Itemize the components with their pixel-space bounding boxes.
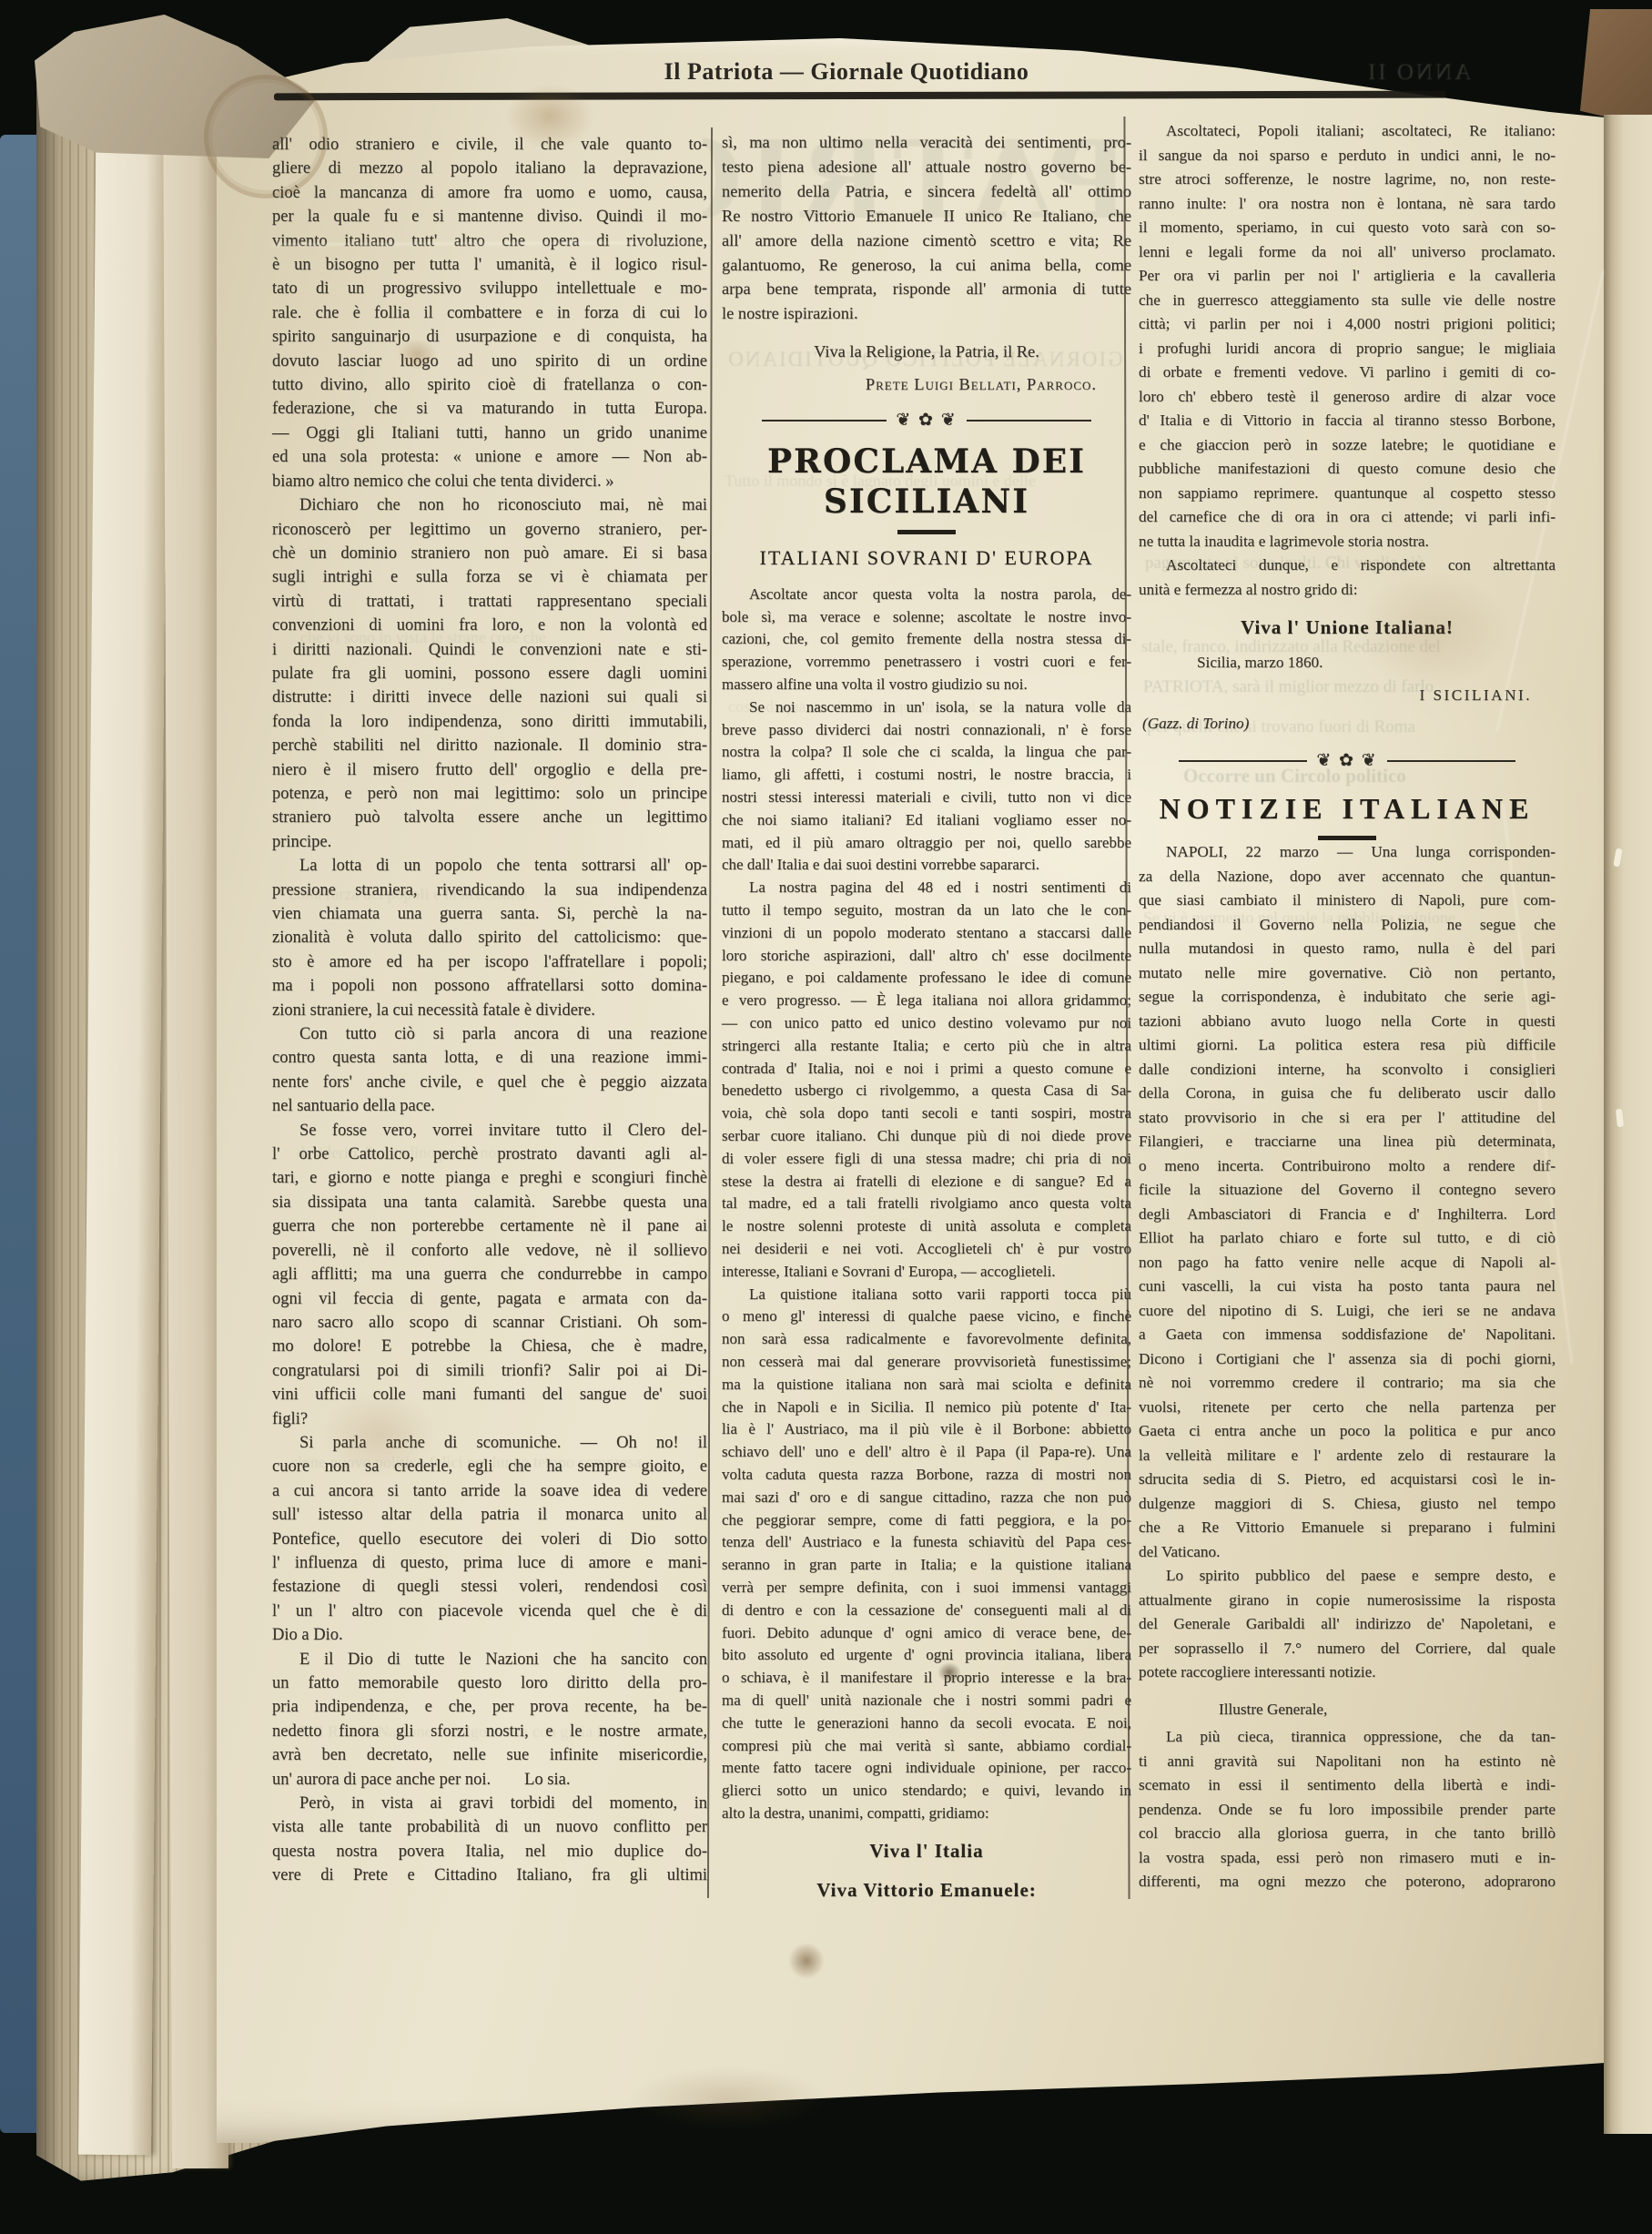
adjacent-cover-corner	[1580, 9, 1652, 127]
text-line: Sicilia, marzo 1860.	[1139, 651, 1556, 675]
text-line: sull' istesso altar della patria il mona…	[272, 1503, 707, 1527]
text-line: schiavo dell' uno e dell' altro è il Pap…	[722, 1441, 1131, 1464]
text-line: Re nostro Vittorio Emanuele II unico Re …	[722, 204, 1131, 228]
text-line: mutato nelle mire governative. Ciò non p…	[1139, 961, 1556, 986]
text-line: Viva l' Unione Italiana!	[1139, 614, 1556, 641]
text-line: niero è il misero frutto dell' orgoglio …	[272, 758, 707, 782]
text-line: il sangue da noi sparso e perduto in und…	[1139, 144, 1556, 168]
ornament-divider: ❦ ✿ ❦	[762, 410, 1091, 432]
text-line: i profughi luridi ancora di proprio sang…	[1139, 337, 1556, 361]
text-line: piegano, e poi caldamente professano le …	[722, 967, 1131, 990]
running-header: Il Patriota — Giornale Quotidiano	[510, 58, 1183, 86]
text-line: massero alfine una volta il vostro giudi…	[722, 674, 1131, 696]
text-line: que siasi cambiato il ministero di Napol…	[1139, 889, 1556, 913]
text-line: serbar cuore italiano. Chi dunque più di…	[722, 1125, 1131, 1148]
text-line: nedetto finora gli sforzi nostri, e le n…	[272, 1720, 707, 1743]
text-line: alto la destra, unanimi, compatti, gridi…	[722, 1802, 1131, 1825]
text-line: za della Nazione, dopo aver accennato ch…	[1139, 865, 1556, 889]
text-line: bito assoluto ed urgente d' ogni provinc…	[722, 1644, 1131, 1667]
text-line: la velleità militare e l' ardente zelo d…	[1139, 1444, 1556, 1468]
text-line: stato provvisorio in che si era per l' a…	[1139, 1106, 1556, 1131]
text-line: ultimi giorni. La politica estera resa p…	[1139, 1033, 1556, 1058]
text-line: le nostre ispirazioni.	[722, 301, 1131, 326]
text-line: riconoscerò per legittimo un governo str…	[272, 518, 707, 542]
text-line: mati, ed il più amaro oltraggio per noi,…	[722, 832, 1131, 855]
text-line: nè noi vorremmo credere il contrario; ma…	[1139, 1371, 1556, 1396]
text-line: attualmente girano in copie numerosissim…	[1139, 1589, 1556, 1613]
text-line: pressione straniera, rivendicando la sua…	[272, 878, 707, 902]
text-line: stringerci alla restante Italia; e certo…	[722, 1035, 1131, 1058]
text-line: del Generale Garibaldi all' indirizzo de…	[1139, 1612, 1556, 1637]
text-line: vere di Prete e Cittadino Italiano, fra …	[272, 1863, 707, 1887]
text-line: ne tutta la inaudita e lagrimevole stori…	[1139, 530, 1556, 554]
text-line: lenni e legali forme da noi all' univers…	[1139, 240, 1556, 265]
text-line: vinzioni di un popolo moderato stentano …	[722, 922, 1131, 945]
text-line: dalle condizioni interne, ha sconvolto i…	[1139, 1058, 1556, 1082]
text-line: per la quale fu e si mantenne diviso. Qu…	[272, 205, 707, 228]
text-line: d' Italia e di Vittorio in faccia al tir…	[1139, 409, 1556, 433]
text-line: ti anni gravità sui Napolitani non ha es…	[1139, 1750, 1556, 1774]
text-line: ranno inulte: l' ora nostra non è lontan…	[1139, 192, 1556, 217]
text-line: tato di un progressivo sviluppo intellet…	[272, 277, 707, 300]
text-line: sto è amore ed ha per iscopo l'affratell…	[272, 950, 707, 974]
text-line: poverelli, nè il conforto alle vedove, n…	[272, 1239, 707, 1263]
text-line: liamo, gli affetti, i costumi nostri, le…	[722, 764, 1131, 787]
book-scan: PATRIOTA GIORNALE POLITICO QUOTIDIANO AN…	[0, 0, 1652, 2234]
text-line: che in guerresco atteggiamento sta sulle…	[1139, 289, 1556, 313]
text-line: vista alle tante probabilità di un nuovo…	[272, 1815, 707, 1839]
text-line: sugli intrighi e sulla forza se vi è chi…	[272, 565, 707, 589]
text-line: contrada d' Italia, noi e noi i primi a …	[722, 1058, 1131, 1081]
text-line: Viva Vittorio Emanuele:	[722, 1876, 1131, 1904]
text-line: un' aurora di pace anche per noi. Lo sia…	[272, 1768, 707, 1792]
text-line: di dentro e con la cessazione de' conseg…	[722, 1599, 1131, 1622]
text-line: le nostre solenni proteste di unità asso…	[722, 1215, 1131, 1238]
column-left: all' odio straniero e civile, il che val…	[272, 133, 707, 1888]
text-line: Però, in vista ai gravi torbidi del mome…	[272, 1792, 707, 1815]
text-line: Se fosse vero, vorrei invitare tutto il …	[272, 1119, 707, 1142]
text-line: testo piena adesione all' attuale nostro…	[722, 155, 1131, 179]
text-line: cuni vascelli, la cui vista ha posto tan…	[1139, 1274, 1556, 1299]
text-line: vien chiamata una guerra santa. Si, perc…	[272, 902, 707, 926]
text-line: virtù di trattati, i trattati rappresent…	[272, 590, 707, 614]
text-line: tari, e giorno e notte pianga e preghi e…	[272, 1166, 707, 1190]
text-line: E il Dio di tutte le Nazioni che ha sanc…	[272, 1648, 707, 1671]
section-heading: NOTIZIE ITALIANE	[1139, 789, 1556, 828]
text-line: seranno in gran parte in Italia; e la qu…	[722, 1554, 1131, 1577]
text-line: Elliot ha parlato chiaro e forte sul tut…	[1139, 1226, 1556, 1251]
text-line: naro sacro allo scopo di scannar Cristia…	[272, 1311, 707, 1335]
text-line: La quistione italiana sotto varii rappor…	[722, 1284, 1131, 1306]
text-line: l' un l' altro con piacevole vicenda que…	[272, 1599, 707, 1623]
text-line: della Corona, in guisa che fu deliberato…	[1139, 1081, 1556, 1106]
text-line: è un bisogno per tutta l' umanità, è il …	[272, 253, 707, 277]
text-line: — Oggi gli Italiani tutti, hanno un grid…	[272, 421, 707, 445]
text-line: ma di quell' unità nazionale che i nostr…	[722, 1690, 1131, 1712]
text-line: all' amore della nazione cimentò scettro…	[722, 228, 1131, 253]
text-line: Gaeta ci entra anche un poco la politica…	[1139, 1419, 1556, 1444]
text-line: nei desiderii e nei voti. Accoglieteli c…	[722, 1238, 1131, 1261]
text-line: Lo spirito pubblico del paese e sempre d…	[1139, 1564, 1556, 1589]
text-line: avrà ben decretato, nelle sue infinite m…	[272, 1743, 707, 1767]
text-line: Dichiaro che non ho riconosciuto mai, nè…	[272, 493, 707, 517]
text-line: o schiava, è il manifestare il proprio i…	[722, 1667, 1131, 1690]
section-heading: ITALIANI SOVRANI D' EUROPA	[722, 544, 1131, 572]
text-line: per soprassello il 7.° numero del Corrie…	[1139, 1637, 1556, 1661]
text-line: arpa bene temprata, risponde all' armoni…	[722, 277, 1131, 301]
text-line: sia dissipata una tanta calamità. Sarebb…	[272, 1191, 707, 1214]
text-line: zionalità è voluta dallo spirito del cat…	[272, 926, 707, 949]
text-line: non pago ha fatto venire nelle acque di …	[1139, 1251, 1556, 1275]
text-line: fuori. Debito adunque d' ogni amico di v…	[722, 1622, 1131, 1645]
text-line: biamo altro nemico che colui che tenta d…	[272, 470, 707, 493]
text-line: La lotta di un popolo che tenta sottrars…	[272, 854, 707, 878]
text-line: la vostra spada, essi però non rimasero …	[1139, 1846, 1556, 1871]
text-line: Per ora vi parlin per noi l' artiglieria…	[1139, 264, 1556, 289]
bleedthrough-anno: ANNO II	[1365, 60, 1471, 86]
text-line: gliere di mezzo al popolo italiano la de…	[272, 157, 707, 180]
text-line: nemerito della Patria, e sincera fedeltà…	[722, 179, 1131, 204]
text-line: perchè stabiliti nel diritto nazionale. …	[272, 734, 707, 757]
text-line: La nostra pagina del 48 ed i nostri sent…	[722, 877, 1131, 899]
text-line: Viva l' Italia	[722, 1837, 1131, 1864]
text-line: mente fatto tacere ogni individuale opin…	[722, 1757, 1131, 1780]
text-line: loro ch' ebbero testè il generoso ardire…	[1139, 385, 1556, 410]
text-line: mai sazi d' oro e di sangue cittadino, r…	[722, 1487, 1131, 1509]
text-line: che a Re Vittorio Emanuele si preparano …	[1139, 1516, 1556, 1540]
text-line: contro questa santa lotta, e di una reaz…	[272, 1046, 707, 1070]
text-line: tutto il tempo seguito, mostran da un la…	[722, 899, 1131, 922]
text-line: fonda la loro indipendenza, sono diritti…	[272, 710, 707, 734]
text-line: sperazione, vorremmo penetrassero i vost…	[722, 651, 1131, 674]
text-line: stese la destra ai fratelli di elezione …	[722, 1171, 1131, 1193]
text-line: potenza, e però non mai legittimo: solo …	[272, 782, 707, 806]
text-line: di voler essere figli di una stessa madr…	[722, 1148, 1131, 1171]
text-line: differenti, ma ogni mezzo che poterono, …	[1139, 1870, 1556, 1894]
text-line: scemato in essi il sentimento della libe…	[1139, 1773, 1556, 1798]
text-line: Illustre Generale,	[1139, 1698, 1556, 1722]
text-line: Ascoltateci, Popoli italiani; ascoltatec…	[1139, 119, 1556, 144]
text-line: questa nostra povera Italia, nel mio dup…	[272, 1840, 707, 1863]
text-line: stre atroci sofferenze, le nostre lagrim…	[1139, 168, 1556, 192]
text-line: interesse, Italiani e Sovrani d' Europa,…	[722, 1261, 1131, 1284]
text-line: dulgenze maggiori di S. Chiesa, giusto n…	[1139, 1492, 1556, 1517]
text-line: vimento italiano tutt' altro che opera d…	[272, 229, 707, 253]
text-line: di orbate e frementi vedove. Vi parlino …	[1139, 360, 1556, 385]
text-line: compresi più che mai verità sì sante, ab…	[722, 1735, 1131, 1758]
text-line: l' orbe Cattolico, perchè prostrato dava…	[272, 1142, 707, 1166]
text-line: del carnefice che di ora in ora ci atten…	[1139, 505, 1556, 530]
text-line: convenzioni di uomini fra loro, e non la…	[272, 614, 707, 637]
text-line: segue la corrispondenza, è indubitato ch…	[1139, 985, 1556, 1010]
text-line: congratularsi poi di simili trionfi? Sal…	[272, 1359, 707, 1383]
text-line: degli Ambasciatori di Francia e d' Inghi…	[1139, 1203, 1556, 1227]
text-line: (Gazz. di Torino)	[1139, 712, 1556, 736]
section-heading: PROCLAMA DEI SICILIANI	[722, 442, 1131, 522]
text-line: non sappiamo reprimere. quantunque al co…	[1139, 482, 1556, 506]
text-line: bole sì, ma verace e solenne; ascoltate …	[722, 606, 1131, 629]
text-line: chè un dominio straniero non può amare. …	[272, 542, 707, 565]
text-line: ficile la situazione del Governo il cont…	[1139, 1178, 1556, 1203]
text-line: dovuto lasciar luogo ad uno spirito di u…	[272, 350, 707, 373]
text-line: ogni vil feccia di gente, pagata e armat…	[272, 1287, 707, 1311]
text-line: zioni straniere, la cui necessità fatale…	[272, 999, 707, 1022]
text-line: Prete Luigi Bellati, Parroco.	[722, 372, 1131, 397]
text-line: e che giaccion però in sozze latebre; le…	[1139, 433, 1556, 458]
text-line: nulla mutandosi in questo ramo, nulla è …	[1139, 937, 1556, 961]
text-line: Dicono i Cortigiani che l' assenza sia d…	[1139, 1347, 1556, 1372]
text-line: a cui ancora si tanto arride la soave id…	[272, 1479, 707, 1503]
text-line: tutto divino, allo spirito cioè di frate…	[272, 373, 707, 397]
text-line: agli afflitti; ma una guerra che condurr…	[272, 1263, 707, 1286]
text-line: pria indipendenza, e che, per prova rece…	[272, 1695, 707, 1719]
book-gutter	[1604, 115, 1652, 2134]
text-line: che in Napoli e in Sicilia. Il nemico pi…	[722, 1396, 1131, 1419]
text-line: tazioni abbiano avuto luogo nella Corte …	[1139, 1010, 1556, 1034]
text-line: federazione, che si va maturando in tutt…	[272, 397, 707, 421]
text-line: rale. che è follia il combattere e in fo…	[272, 301, 707, 325]
text-line: spirito sanguinarjo di usurpazione e di …	[272, 325, 707, 349]
text-line: potete raccogliere interessanti notizie.	[1139, 1660, 1556, 1685]
text-line: pendenza. Onde se fu loro impossibile pr…	[1139, 1798, 1556, 1823]
text-line: voia, chè sola dopo tanti secoli e tanti…	[722, 1102, 1131, 1125]
text-line: che tutte le generazioni hanno da secoli…	[722, 1712, 1131, 1735]
text-line: tenza dell' Austriaco e la funesta schia…	[722, 1531, 1131, 1554]
text-line: l' influenza di questo, prima luce di am…	[272, 1551, 707, 1575]
text-line: volta caduta questa razza Borbone, razza…	[722, 1464, 1131, 1487]
text-line: tal madre, ed a tali fratelli rivolgiamo…	[722, 1193, 1131, 1215]
text-line: nente fors' anche civile, e quel che è p…	[272, 1071, 707, 1094]
text-line: col braccio alla gloriosa guerra, in che…	[1139, 1822, 1556, 1846]
text-line: pulate fra gli uomini, possono essere da…	[272, 662, 707, 685]
text-line: Filangieri, e tracciarne una linea più d…	[1139, 1130, 1556, 1154]
text-line: unità e fermezza al nostro grido di:	[1139, 578, 1556, 603]
text-line: galantuomo, Re generoso, la cui anima be…	[722, 253, 1131, 278]
text-line: o meno gl' interessi di qualche paese vi…	[722, 1305, 1131, 1328]
text-line: sdrucita sedia di S. Pietro, ed acquista…	[1139, 1467, 1556, 1492]
text-line: che dall' Italia e dai suoi destini vorr…	[722, 854, 1131, 877]
text-line: straniero può talvolta essere anche un l…	[272, 806, 707, 829]
text-line: figli?	[272, 1407, 707, 1431]
text-line: ed una sola protesta: « unione e amore —…	[272, 445, 707, 469]
text-line: — con unico patto ed unico destino volev…	[722, 1012, 1131, 1035]
text-line: cuore non sa crederle, egli che ha sempr…	[272, 1455, 707, 1478]
text-line: loro storiche aspirazioni, dall' altro c…	[722, 945, 1131, 968]
text-line: benedetto usbergo ci rivolgemmo, a quest…	[722, 1080, 1131, 1102]
text-line: Pontefice, quello esecutore dei voleri d…	[272, 1528, 707, 1551]
text-line: festazione di quegli stessi voleri, rend…	[272, 1575, 707, 1599]
text-line: verrà per sempre definita, con i suoi im…	[722, 1577, 1131, 1599]
text-line: pendiandosi il Governo nella Polizia, ne…	[1139, 913, 1556, 938]
text-line: Ascoltate ancor questa volta la nostra p…	[722, 584, 1131, 606]
text-line: il momento, speriamo, in cui questo voto…	[1139, 216, 1556, 240]
text-line: e vero progresso. — È lega italiana noi …	[722, 990, 1131, 1012]
text-line: guerra che non porterebbe certamente nè …	[272, 1214, 707, 1238]
text-line: nostra la colpa? Il sole che ci scalda, …	[722, 741, 1131, 764]
text-line: i diritti nazionali. Quindi le convenzio…	[272, 638, 707, 662]
text-line: cazioni, che, col gemito fremente della …	[722, 628, 1131, 651]
text-line: ma la quistione italiana non sarà mai sc…	[722, 1374, 1131, 1396]
text-line: che peggiorar sempre, come di fatti pegg…	[722, 1509, 1131, 1532]
text-line: sì, ma non ultimo nella veracità dei sen…	[722, 130, 1131, 155]
text-line: pubbliche manifestazioni di questo comun…	[1139, 457, 1556, 482]
text-line: La più cieca, tirannica oppressione, che…	[1139, 1725, 1556, 1750]
text-line: principe.	[272, 830, 707, 854]
text-line: che noi siamo italiani? Ed italiani vogl…	[722, 809, 1131, 832]
text-line: Con tutto ciò si parla ancora di una rea…	[272, 1022, 707, 1046]
column-middle: sì, ma non ultimo nella veracità dei sen…	[722, 130, 1131, 1904]
text-line: un fatto memorabile questo loro diritto …	[272, 1671, 707, 1695]
text-line: glierci sotto un unico stendardo; e quiv…	[722, 1780, 1131, 1802]
text-line: cuore del nipotino di S. Luigi, che ieri…	[1139, 1299, 1556, 1324]
text-line: vuolsi, ritenete per certo che nella par…	[1139, 1396, 1556, 1420]
text-line: non sarà essa radicalmente e favorevolme…	[722, 1328, 1131, 1351]
text-line: nostri stessi interessi materiali e civi…	[722, 787, 1131, 809]
text-line: non cesserà mai dal generare provvisorie…	[722, 1351, 1131, 1374]
text-line: breve passo dividerci dai nostri connazi…	[722, 719, 1131, 742]
text-line: Si parla anche di scomuniche. — Oh no! i…	[272, 1431, 707, 1455]
text-line: I SICILIANI.	[1139, 684, 1556, 708]
ornament-divider: ❦ ✿ ❦	[1179, 749, 1515, 774]
text-line: o meno incerta. Contribuirono molto a re…	[1139, 1154, 1556, 1179]
text-line: ma i popoli non possono affratellarsi so…	[272, 974, 707, 998]
text-line: nel santuario della pace.	[272, 1094, 707, 1118]
column-right: Ascoltateci, Popoli italiani; ascoltatec…	[1139, 119, 1556, 1894]
short-rule	[897, 530, 956, 534]
text-line: Se noi nascemmo in un' isola, se la natu…	[722, 696, 1131, 719]
text-line: all' odio straniero e civile, il che val…	[272, 133, 707, 157]
text-line: distrutte: i diritti invece delle nazion…	[272, 685, 707, 709]
text-line: Viva la Religione, la Patria, il Re.	[722, 340, 1131, 364]
text-line: a Gaeta con immensa soddisfazione de' Na…	[1139, 1323, 1556, 1347]
text-line: lia è l' Austriaco, ma il più vile è il …	[722, 1418, 1131, 1441]
text-line: città; vi parlin per noi i 4,000 nostri …	[1139, 312, 1556, 337]
text-line: Dio a Dio.	[272, 1623, 707, 1647]
text-line: Ascoltateci dunque, e rispondete con alt…	[1139, 553, 1556, 578]
text-line: del Vaticano.	[1139, 1540, 1556, 1565]
text-line: vini ufficii colle mani fumanti del sang…	[272, 1383, 707, 1406]
text-line: NAPOLI, 22 marzo — Una lunga corrisponde…	[1139, 840, 1556, 865]
text-line: mo dolore! E potrebbe la Chiesa, che è m…	[272, 1335, 707, 1358]
text-line: cioè la mancanza di amore fra uomo e uom…	[272, 181, 707, 205]
